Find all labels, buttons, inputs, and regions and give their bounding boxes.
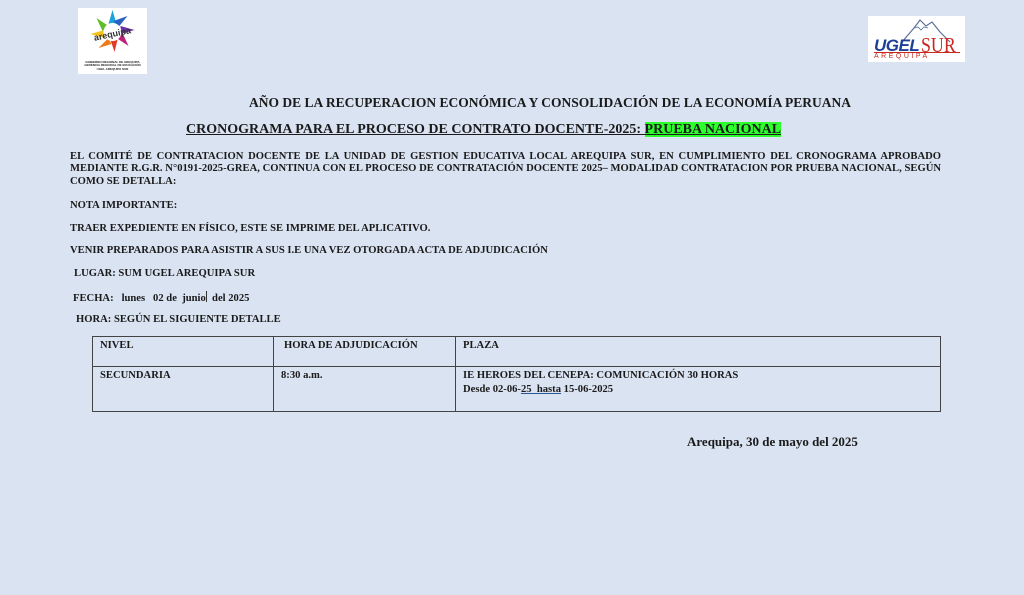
lugar-line: LUGAR: SUM UGEL AREQUIPA SUR	[74, 268, 255, 279]
logo-arequipa-text: AREQUIPA	[874, 52, 960, 61]
hora-line: HORA: SEGÚN EL SIGUIENTE DETALLE	[76, 314, 281, 325]
gobierno-regional-arequipa-logo: arequipa GOBIERNO REGIONAL DE AREQUIPA G…	[78, 8, 147, 74]
table-header-row: NIVEL HORA DE ADJUDICACIÓN PLAZA	[93, 337, 941, 367]
notes-heading: NOTA IMPORTANTE:	[70, 200, 177, 211]
note-item: VENIR PREPARADOS PARA ASISTIR A SUS I.E …	[70, 245, 548, 256]
fecha-line: FECHA: lunes 02 de junio del 2025	[73, 291, 249, 304]
text-cursor	[206, 291, 207, 302]
cell-nivel: SECUNDARIA	[93, 367, 274, 412]
fecha-value: lunes 02 de junio	[122, 293, 206, 304]
plaza-line-2: Desde 02-06-25 hasta 15-06-2025	[463, 384, 933, 395]
year-title: AÑO DE LA RECUPERACION ECONÓMICA Y CONSO…	[0, 95, 1024, 111]
cell-hora: 8:30 a.m.	[274, 367, 456, 412]
main-title-text: CRONOGRAMA PARA EL PROCESO DE CONTRATO D…	[186, 122, 641, 137]
table-row: SECUNDARIA 8:30 a.m. IE HEROES DEL CENEP…	[93, 367, 941, 412]
header-plaza: PLAZA	[456, 337, 941, 367]
plaza-hasta: 15-06-2025	[561, 384, 613, 395]
fecha-label: FECHA:	[73, 293, 114, 304]
fecha-year: del 2025	[212, 293, 249, 304]
schedule-table: NIVEL HORA DE ADJUDICACIÓN PLAZA SECUNDA…	[92, 336, 941, 412]
intro-paragraph: EL COMITÉ DE CONTRATACION DOCENTE DE LA …	[70, 151, 941, 188]
highlight-prueba-nacional: PRUEBA NACIONAL	[645, 122, 782, 137]
note-item: TRAER EXPEDIENTE EN FÍSICO, ESTE SE IMPR…	[70, 223, 430, 234]
header-nivel: NIVEL	[93, 337, 274, 367]
logo-caption: GOBIERNO REGIONAL DE AREQUIPA GERENCIA R…	[78, 61, 147, 71]
cell-plaza: IE HEROES DEL CENEPA: COMUNICACIÓN 30 HO…	[456, 367, 941, 412]
arequipa-star-icon: arequipa	[78, 8, 147, 58]
ugel-sur-logo: UGEL SUR AREQUIPA	[868, 16, 965, 62]
plaza-underlined: 25 hasta	[521, 384, 561, 395]
main-title: CRONOGRAMA PARA EL PROCESO DE CONTRATO D…	[186, 122, 781, 138]
plaza-line-1: IE HEROES DEL CENEPA: COMUNICACIÓN 30 HO…	[463, 370, 933, 381]
header-hora: HORA DE ADJUDICACIÓN	[274, 337, 456, 367]
plaza-desde: Desde 02-06-	[463, 384, 521, 395]
signature-date: Arequipa, 30 de mayo del 2025	[687, 434, 858, 450]
